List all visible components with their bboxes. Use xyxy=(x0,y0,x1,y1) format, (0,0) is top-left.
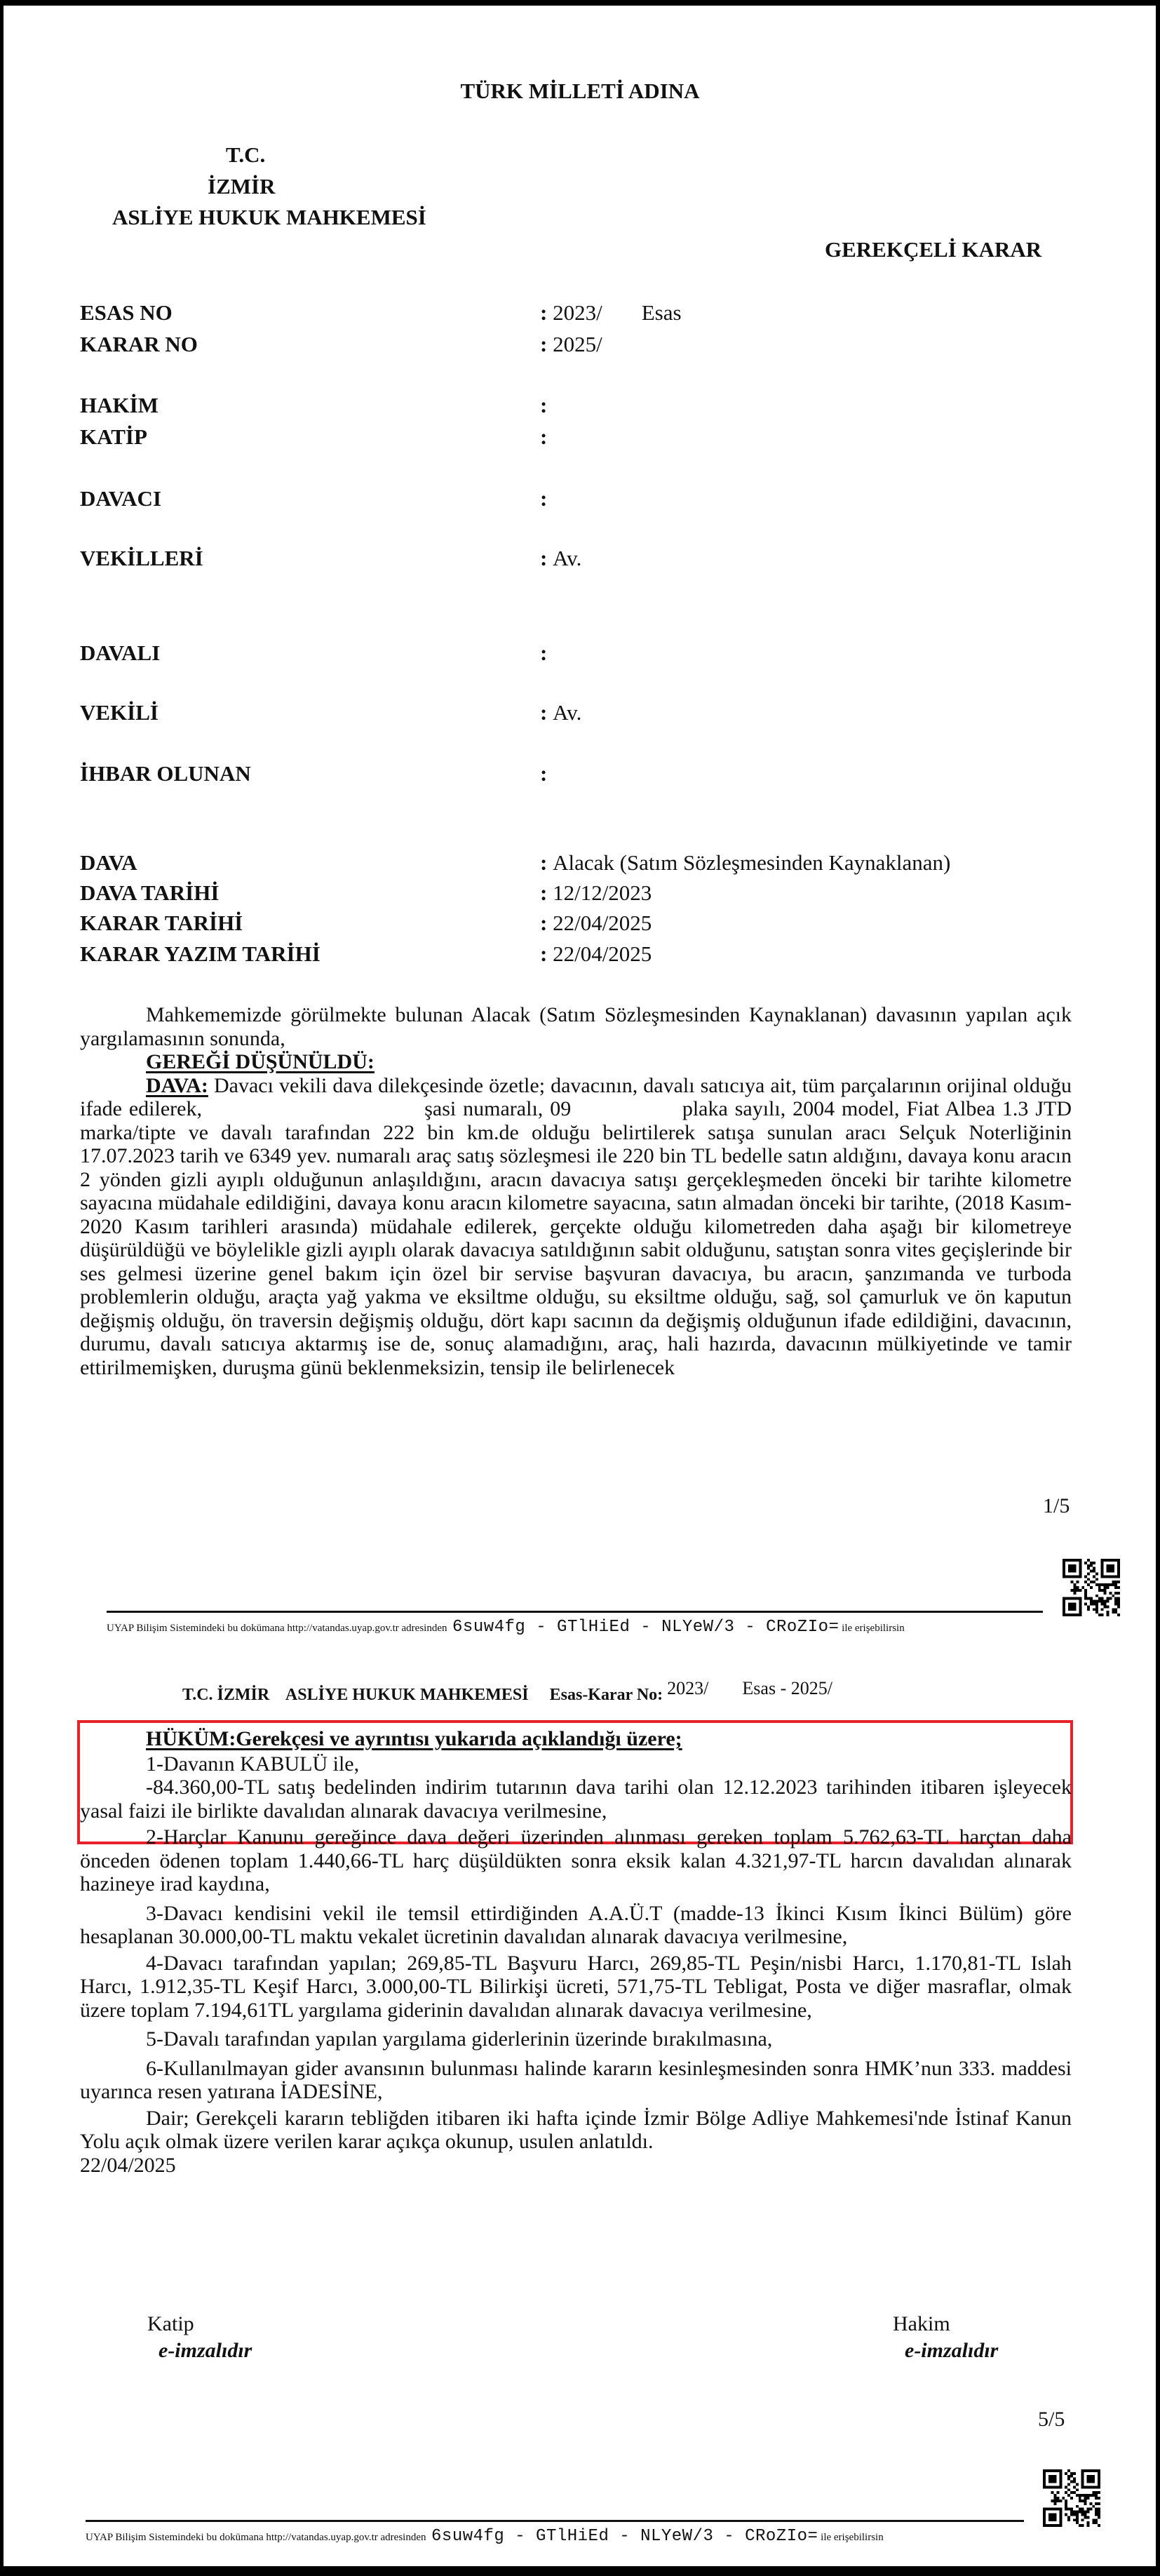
field-value: : xyxy=(540,761,547,786)
field-label: DAVA xyxy=(80,850,137,876)
running-header-court: T.C. İZMİR ASLİYE HUKUK MAHKEMESİ xyxy=(182,1686,529,1704)
hukum-item-2: 2-Harçlar Kanunu gereğince dava değeri ü… xyxy=(80,1825,1072,1896)
field-label: DAVALI xyxy=(80,640,160,666)
field-value: : Alacak (Satım Sözleşmesinden Kaynaklan… xyxy=(540,850,950,876)
field-label: KARAR YAZIM TARİHİ xyxy=(80,941,321,967)
field-label: KATİP xyxy=(80,424,147,450)
dava-paragraph: DAVA: Davacı vekili dava dilekçesinde öz… xyxy=(80,1074,1072,1380)
signature-hakim-role: Hakim xyxy=(893,2312,950,2336)
footer-verification-5: UYAP Bilişim Sistemindeki bu dokümana ht… xyxy=(86,2527,884,2546)
hukum-item-4: 4-Davacı tarafından yapılan; 269,85-TL B… xyxy=(80,1952,1072,2022)
hukum-heading: HÜKÜM:Gerekçesi ve ayrıntısı yukarıda aç… xyxy=(80,1727,1072,1751)
signature-hakim-status: e-imzalıdır xyxy=(905,2339,998,2363)
dava-label: DAVA: xyxy=(146,1074,208,1097)
footer-verification-1: UYAP Bilişim Sistemindeki bu dokümana ht… xyxy=(107,1618,905,1637)
running-header-esas: 2023/ xyxy=(667,1678,708,1698)
hukum-item-1a: -84.360,00-TL satış bedelinden indirim t… xyxy=(80,1776,1072,1823)
court-tc: T.C. xyxy=(226,142,265,168)
field-value: : 2025/ xyxy=(540,332,602,357)
court-city: İZMİR xyxy=(208,174,275,199)
running-header-label: Esas-Karar No: xyxy=(550,1686,663,1704)
dair-paragraph: Dair; Gerekçeli kararın tebliğden itibar… xyxy=(80,2107,1072,2154)
field-value: : xyxy=(540,424,547,450)
hukum-item-1: 1-Davanın KABULÜ ile, xyxy=(80,1752,1072,1776)
footer-rule xyxy=(107,1611,1043,1613)
field-value: : xyxy=(540,486,547,511)
hukum-item-5: 5-Davalı tarafından yapılan yargılama gi… xyxy=(80,2027,1072,2051)
field-label: ESAS NO xyxy=(80,300,173,326)
document-heading: TÜRK MİLLETİ ADINA xyxy=(0,79,1160,104)
body-section-page1: Mahkememizde görülmekte bulunan Alacak (… xyxy=(80,1003,1072,1379)
field-value: : 22/04/2025 xyxy=(540,911,652,936)
intro-paragraph: Mahkememizde görülmekte bulunan Alacak (… xyxy=(80,1003,1072,1050)
footer-rule xyxy=(86,2520,1024,2522)
running-header-karar: Esas - 2025/ xyxy=(742,1678,832,1698)
field-label: VEKİLİ xyxy=(80,700,159,725)
verification-code: 6suw4fg - GTlHiEd - NLYeW/3 - CRoZIo= xyxy=(431,2527,818,2546)
field-value: : 12/12/2023 xyxy=(540,880,652,906)
field-value: : xyxy=(540,640,547,666)
field-value: : xyxy=(540,393,547,418)
page-number-5: 5/5 xyxy=(1038,2408,1065,2431)
qr-code-icon xyxy=(1043,2469,1100,2527)
dava-text: Davacı vekili dava dilekçesinde özetle; … xyxy=(80,1074,1072,1379)
decision-date: 22/04/2025 xyxy=(80,2154,1072,2178)
field-value: : 2023/Esas xyxy=(540,300,682,326)
field-label: DAVACI xyxy=(80,486,161,511)
document-type: GEREKÇELİ KARAR xyxy=(825,237,1041,262)
hukum-section: HÜKÜM:Gerekçesi ve ayrıntısı yukarıda aç… xyxy=(80,1727,1072,2177)
field-label: VEKİLLERİ xyxy=(80,546,203,571)
gerekce-heading: GEREĞİ DÜŞÜNÜLDÜ: xyxy=(80,1050,1072,1074)
field-value: : Av. xyxy=(540,546,581,571)
field-label: KARAR NO xyxy=(80,332,198,357)
verification-code: 6suw4fg - GTlHiEd - NLYeW/3 - CRoZIo= xyxy=(452,1618,839,1637)
hukum-item-3: 3-Davacı kendisini vekil ile temsil etti… xyxy=(80,1902,1072,1949)
running-header: T.C. İZMİR ASLİYE HUKUK MAHKEMESİ Esas-K… xyxy=(182,1684,832,1705)
hukum-item-6: 6-Kullanılmayan gider avansının bulunmas… xyxy=(80,2057,1072,2104)
field-label: KARAR TARİHİ xyxy=(80,911,243,936)
signature-katip-role: Katip xyxy=(147,2312,194,2336)
field-value: : Av. xyxy=(540,700,581,725)
qr-code-icon xyxy=(1063,1559,1120,1616)
field-label: İHBAR OLUNAN xyxy=(80,761,251,786)
page-number-1: 1/5 xyxy=(1043,1494,1070,1518)
signature-katip-status: e-imzalıdır xyxy=(159,2339,252,2363)
field-value: : 22/04/2025 xyxy=(540,941,652,967)
court-name: ASLİYE HUKUK MAHKEMESİ xyxy=(112,205,426,230)
field-label: HAKİM xyxy=(80,393,159,418)
field-label: DAVA TARİHİ xyxy=(80,880,219,906)
